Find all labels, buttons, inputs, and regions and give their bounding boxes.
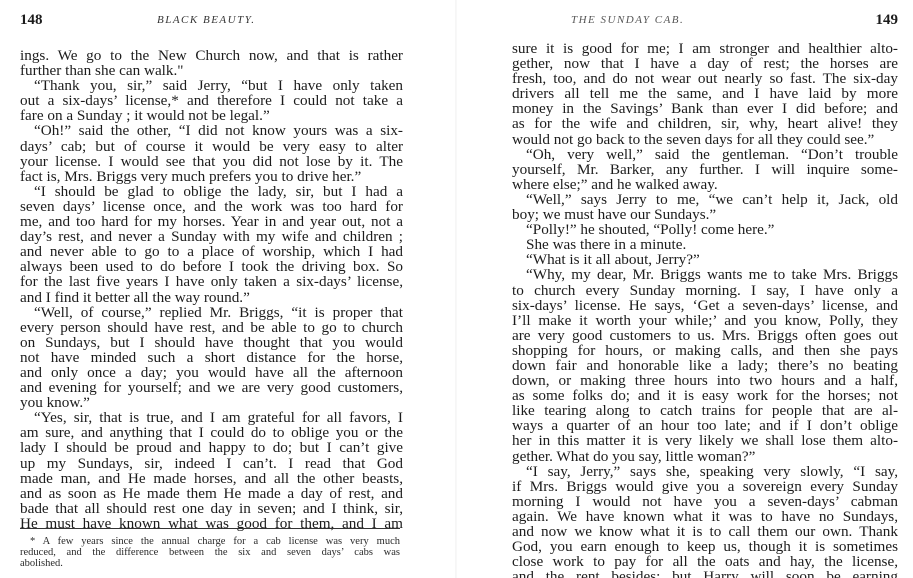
page-number: 148 xyxy=(20,12,43,29)
text-line: down, or making three hours into two hou… xyxy=(512,373,898,388)
text-line: as for the wife and children, sir, why, … xyxy=(512,116,898,131)
footnote-line: * A few years since the annual charge fo… xyxy=(20,536,400,547)
text-line: gether. What do you say, little woman?” xyxy=(512,449,898,464)
text-line: would not go back to the seven days for … xyxy=(512,132,898,147)
text-line: sure it is good for me; I am stronger an… xyxy=(512,41,898,56)
text-line: and the rent besides; but Harry will soo… xyxy=(512,569,898,578)
text-line: not have minded such a short distance fo… xyxy=(20,350,403,365)
text-line: shopping for hours, or making calls, and… xyxy=(512,343,898,358)
text-line: God, you earn enough to keep us, though … xyxy=(512,539,898,554)
text-line: six-days’ license. He says, ‘Get a seven… xyxy=(512,298,898,313)
text-line: “Yes, sir, that is true, and I am gratef… xyxy=(20,410,403,425)
text-line: down fair and honorable like a lady; the… xyxy=(512,358,898,373)
text-line: “What is it all about, Jerry?” xyxy=(512,252,898,267)
text-line: “Polly!” he shouted, “Polly! come here.” xyxy=(512,222,898,237)
text-line: drivers all tell me the same, and I have… xyxy=(512,86,898,101)
text-line: her in this matter it is very likely we … xyxy=(512,433,898,448)
running-title: THE SUNDAY CAB. xyxy=(571,14,684,26)
text-line: seven days’ license once, and the work w… xyxy=(20,199,403,214)
text-line: day’s rest, and never a Sunday with my w… xyxy=(20,229,403,244)
text-line: “Oh, very well,” said the gentleman. “Do… xyxy=(512,147,898,162)
text-line: always been used to do before I took the… xyxy=(20,259,403,274)
text-line: days’ cab; but of course it would be ver… xyxy=(20,139,403,154)
text-line: ings. We go to the New Church now, and t… xyxy=(20,48,403,63)
text-line: and now we know what it is to call them … xyxy=(512,524,898,539)
text-line: up my Sundays, sir, indeed I can’t. I re… xyxy=(20,456,403,471)
text-line: close work to pay for all the oats and h… xyxy=(512,554,898,569)
text-line: fresh, too, and do not wear out nearly s… xyxy=(512,71,898,86)
page-number: 149 xyxy=(876,12,899,29)
text-line: fact is, Mrs. Briggs very much prefers y… xyxy=(20,169,403,184)
text-line: as some folks do; and it is easy work fo… xyxy=(512,388,898,403)
text-line: further than she can walk." xyxy=(20,63,403,78)
text-line: are very good customers to us. Mrs. Brig… xyxy=(512,328,898,343)
text-line: me, and too hard for my horses. Year in … xyxy=(20,214,403,229)
text-line: on Sundays, but I should have thought th… xyxy=(20,335,403,350)
text-line: where else;” and he walked away. xyxy=(512,177,898,192)
text-line: “I say, Jerry,” says she, speaking very … xyxy=(512,464,898,479)
text-line: money in the Savings’ Bank than ever I d… xyxy=(512,101,898,116)
page-header: THE SUNDAY CAB. 149 xyxy=(496,12,898,28)
text-line: She was there in a minute. xyxy=(512,237,898,252)
text-line: “Why, my dear, Mr. Briggs wants me to ta… xyxy=(512,267,898,282)
text-line: and evening for yourself; and we are ver… xyxy=(20,380,403,395)
text-line: you know.” xyxy=(20,395,403,410)
text-line: fare on a Sunday ; it would not be legal… xyxy=(20,108,403,123)
text-line: your license. I would see that you did n… xyxy=(20,154,403,169)
page-header: 148 BLACK BEAUTY. xyxy=(20,12,402,28)
text-line: gether, now that I have a day of rest; t… xyxy=(512,56,898,71)
text-line: and I find it better all the way round.” xyxy=(20,290,403,305)
text-line: boy; we must have our Sundays.” xyxy=(512,207,898,222)
text-line: lady I should be proud and happy to do; … xyxy=(20,440,403,455)
text-line: and only once a day; you would have all … xyxy=(20,365,403,380)
running-title: BLACK BEAUTY. xyxy=(157,14,256,26)
footnote: * A few years since the annual charge fo… xyxy=(20,536,400,569)
left-page: 148 BLACK BEAUTY. ings. We go to the New… xyxy=(0,0,456,578)
text-line: for the last five years I have only take… xyxy=(20,274,403,289)
text-line: if Mrs. Briggs would give you a sovereig… xyxy=(512,479,898,494)
text-line: am sure, and anything that I could do to… xyxy=(20,425,403,440)
text-line: “Oh!” said the other, “I did not know yo… xyxy=(20,123,403,138)
body-text: ings. We go to the New Church now, and t… xyxy=(20,48,403,531)
text-line: I’ll make it worth your while;’ and you … xyxy=(512,313,898,328)
text-line: out a six-days’ license,* and therefore … xyxy=(20,93,403,108)
right-page: THE SUNDAY CAB. 149 sure it is good for … xyxy=(456,0,913,578)
body-text: sure it is good for me; I am stronger an… xyxy=(512,41,898,578)
text-line: and never able to go to a place of worsh… xyxy=(20,244,403,259)
text-line: to church every Sunday morning. I say, I… xyxy=(512,283,898,298)
text-line: “Well, of course,” replied Mr. Briggs, “… xyxy=(20,305,403,320)
text-line: “Well,” says Jerry to me, “we can’t help… xyxy=(512,192,898,207)
footnote-line: reduced, and the difference between the … xyxy=(20,547,400,558)
footnote-line: abolished. xyxy=(20,558,400,569)
text-line: like tearing along to catch trains for p… xyxy=(512,403,898,418)
text-line: yourself, Mr. Barker, any further. I wil… xyxy=(512,162,898,177)
text-line: again. We have known what it was to have… xyxy=(512,509,898,524)
text-line: every person should have rest, and be ab… xyxy=(20,320,403,335)
text-line: morning I would not have you a seven-day… xyxy=(512,494,898,509)
text-line: “I should be glad to oblige the lady, si… xyxy=(20,184,403,199)
text-line: ways a quarter of an hour too late; and … xyxy=(512,418,898,433)
text-line: made man, and He made horses, and all th… xyxy=(20,471,403,486)
text-line: bade that all should rest one day in sev… xyxy=(20,501,403,516)
footnote-divider xyxy=(20,528,400,529)
text-line: and as soon as He made them He made a da… xyxy=(20,486,403,501)
text-line: “Thank you, sir,” said Jerry, “but I hav… xyxy=(20,78,403,93)
